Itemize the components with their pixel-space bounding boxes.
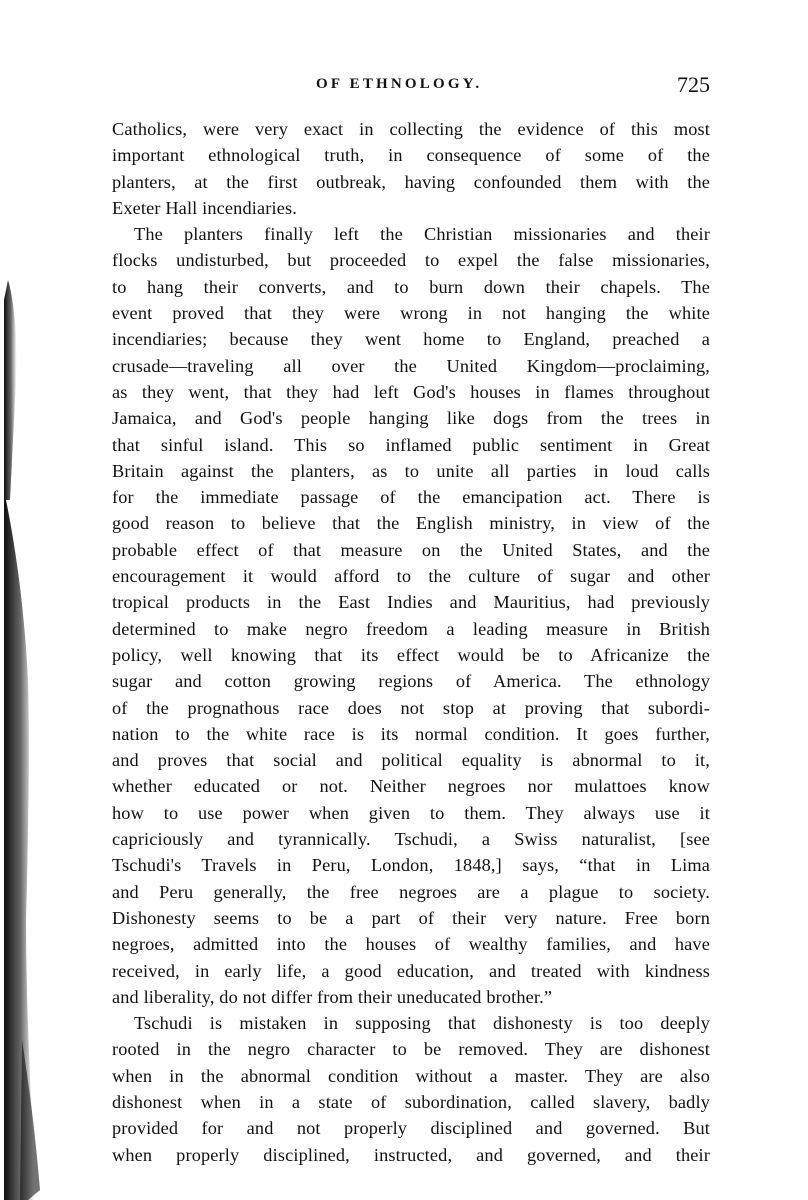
text-line: received, in early life, a good educatio… (112, 958, 710, 984)
text-line: encouragement it would afford to the cul… (112, 563, 710, 589)
text-line: and proves that social and political equ… (112, 747, 710, 773)
text-line: to hang their converts, and to burn down… (112, 274, 710, 300)
running-title: OF ETHNOLOGY. (316, 76, 482, 93)
text-line: nation to the white race is its normal c… (112, 721, 710, 747)
text-line: dishonest when in a state of subordinati… (112, 1089, 710, 1115)
book-page: OF ETHNOLOGY. 725 Catholics, were very e… (112, 72, 710, 1168)
text-line: planters, at the first outbreak, having … (112, 169, 710, 195)
paragraph-1: Catholics, were very exact in collecting… (112, 116, 710, 221)
text-line: as they went, that they had left God's h… (112, 379, 710, 405)
text-line: negroes, admitted into the houses of wea… (112, 931, 710, 957)
text-line: good reason to believe that the English … (112, 510, 710, 536)
text-line: rooted in the negro character to be remo… (112, 1036, 710, 1062)
text-line: Tschudi is mistaken in supposing that di… (112, 1010, 710, 1036)
text-line: policy, well knowing that its effect wou… (112, 642, 710, 668)
running-header: OF ETHNOLOGY. 725 (112, 72, 710, 108)
text-line: when properly disciplined, instructed, a… (112, 1142, 710, 1168)
text-line: for the immediate passage of the emancip… (112, 484, 710, 510)
text-line: whether educated or not. Neither negroes… (112, 773, 710, 799)
text-line: flocks undisturbed, but proceeded to exp… (112, 247, 710, 273)
text-line: provided for and not properly discipline… (112, 1115, 710, 1141)
text-line: and liberality, do not differ from their… (112, 984, 710, 1010)
text-line: when in the abnormal condition without a… (112, 1063, 710, 1089)
text-line: important ethnological truth, in consequ… (112, 142, 710, 168)
text-line: incendiaries; because they went home to … (112, 326, 710, 352)
text-line: that sinful island. This so inflamed pub… (112, 432, 710, 458)
text-line: probable effect of that measure on the U… (112, 537, 710, 563)
text-line: The planters finally left the Christian … (112, 221, 710, 247)
binding-shadow-graphic (0, 0, 60, 1200)
text-line: capriciously and tyrannically. Tschudi, … (112, 826, 710, 852)
text-line: Dishonesty seems to be a part of their v… (112, 905, 710, 931)
page-binding-edge (0, 0, 60, 1200)
text-line: crusade—traveling all over the United Ki… (112, 353, 710, 379)
text-line: tropical products in the East Indies and… (112, 589, 710, 615)
text-line: sugar and cotton growing regions of Amer… (112, 668, 710, 694)
text-line: Britain against the planters, as to unit… (112, 458, 710, 484)
paragraph-2: The planters finally left the Christian … (112, 221, 710, 1010)
text-line: how to use power when given to them. The… (112, 800, 710, 826)
text-line: determined to make negro freedom a leadi… (112, 616, 710, 642)
page-number: 725 (677, 72, 710, 98)
text-line: Tschudi's Travels in Peru, London, 1848,… (112, 852, 710, 878)
body-text: Catholics, were very exact in collecting… (112, 116, 710, 1168)
text-line: and Peru generally, the free negroes are… (112, 879, 710, 905)
text-line: Jamaica, and God's people hanging like d… (112, 405, 710, 431)
text-line: Exeter Hall incendiaries. (112, 195, 710, 221)
text-line: of the prognathous race does not stop at… (112, 695, 710, 721)
text-line: event proved that they were wrong in not… (112, 300, 710, 326)
paragraph-3: Tschudi is mistaken in supposing that di… (112, 1010, 710, 1168)
text-line: Catholics, were very exact in collecting… (112, 116, 710, 142)
